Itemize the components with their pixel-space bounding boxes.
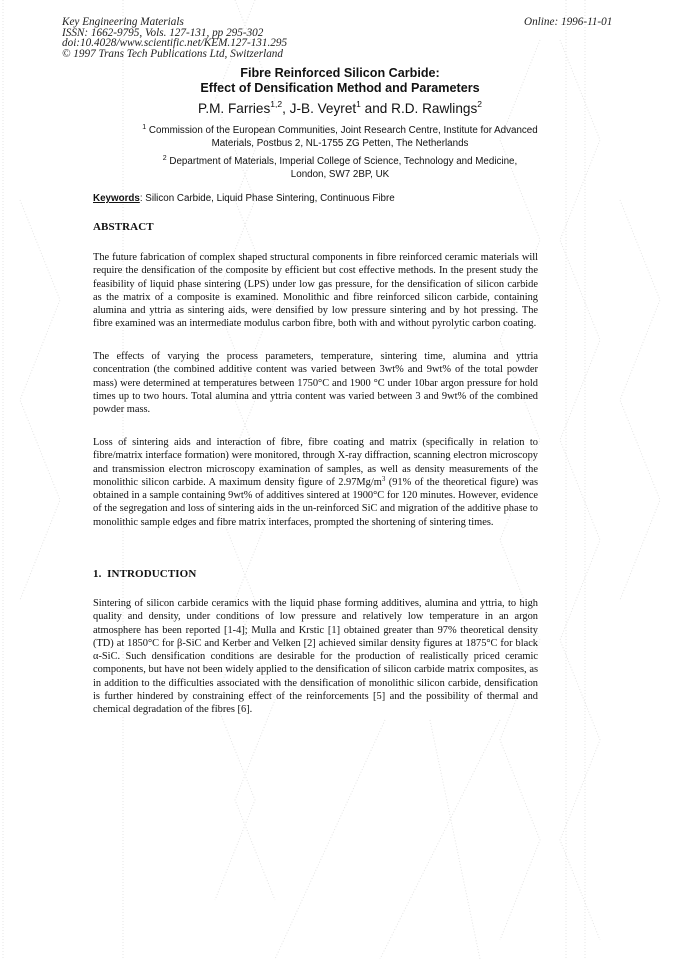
keywords-label: Keywords: [93, 193, 140, 204]
affiliation-line: Department of Materials, Imperial Colleg…: [167, 156, 518, 167]
affiliation-line: London, SW7 2BP, UK: [80, 168, 600, 181]
paper-title-line-2: Effect of Densification Method and Param…: [80, 81, 600, 96]
journal-copyright: © 1997 Trans Tech Publications Ltd, Swit…: [62, 49, 287, 60]
journal-name: Key Engineering Materials: [62, 17, 287, 28]
paper-title: Fibre Reinforced Silicon Carbide: Effect…: [80, 66, 600, 96]
author-name: P.M. Farries: [198, 101, 270, 116]
journal-info: Key Engineering Materials ISSN: 1662-979…: [62, 17, 287, 59]
affiliation-line: Materials, Postbus 2, NL-1755 ZG Petten,…: [80, 137, 600, 150]
author-name: J-B. Veyret: [290, 101, 356, 116]
introduction-paragraph-1: Sintering of silicon carbide ceramics wi…: [93, 597, 538, 717]
affiliation-1: 1 Commission of the European Communities…: [80, 124, 600, 150]
online-date: Online: 1996-11-01: [524, 17, 612, 28]
paper-page: Key Engineering Materials ISSN: 1662-979…: [0, 0, 678, 959]
author-separator: ,: [282, 101, 290, 116]
abstract-paragraph-1: The future fabrication of complex shaped…: [93, 251, 538, 331]
affiliation-2: 2 Department of Materials, Imperial Coll…: [80, 155, 600, 181]
author-affiliation-marker: 1,2: [270, 99, 282, 109]
affiliation-line: Commission of the European Communities, …: [146, 125, 538, 136]
abstract-paragraph-3: Loss of sintering aids and interaction o…: [93, 436, 538, 529]
author-name: R.D. Rawlings: [391, 101, 477, 116]
author-affiliation-marker: 2: [477, 99, 482, 109]
introduction-heading: 1. INTRODUCTION: [93, 568, 196, 580]
keywords: Keywords: Silicon Carbide, Liquid Phase …: [93, 193, 395, 205]
abstract-paragraph-2: The effects of varying the process param…: [93, 350, 538, 416]
paper-title-line-1: Fibre Reinforced Silicon Carbide:: [80, 66, 600, 81]
author-separator: and: [361, 101, 391, 116]
abstract-heading: ABSTRACT: [93, 221, 154, 233]
author-list: P.M. Farries1,2, J-B. Veyret1 and R.D. R…: [80, 101, 600, 117]
keywords-value: Silicon Carbide, Liquid Phase Sintering,…: [143, 193, 395, 204]
